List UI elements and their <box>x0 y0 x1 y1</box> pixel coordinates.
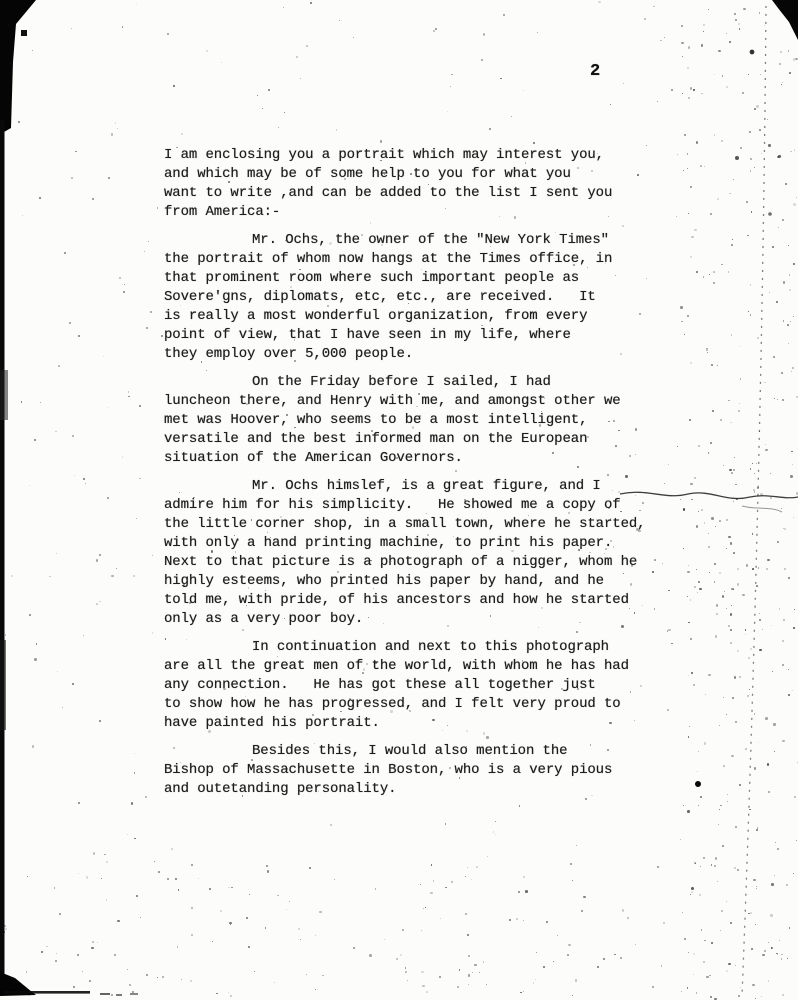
paragraph: Besides this, I would also mention the B… <box>164 742 676 799</box>
ink-blob <box>768 212 772 216</box>
paragraph: Mr. Ochs, the owner of the "New York Tim… <box>164 231 676 364</box>
letter-line: are all the great men of the world, with… <box>164 657 676 676</box>
ink-blob <box>750 50 755 55</box>
letter-line: Mr. Ochs himslef, is a great figure, and… <box>164 477 676 496</box>
letter-line: is really a most wonderful organization,… <box>164 307 676 326</box>
page-number: 2 <box>590 62 601 81</box>
letter-line: admire him for his simplicity. He showed… <box>164 496 676 515</box>
left-edge-scan-band <box>0 120 5 980</box>
vertical-crease-line <box>742 6 766 996</box>
left-edge-scan-band-blotch <box>0 370 8 420</box>
letter-line: Besides this, I would also mention the <box>164 742 676 761</box>
horizontal-crease-branch <box>742 506 782 512</box>
letter-line: Mr. Ochs, the owner of the "New York Tim… <box>164 231 676 250</box>
letter-line: have painted his portrait. <box>164 714 676 733</box>
ink-dot <box>695 781 701 787</box>
letter-line: that prominent room where such important… <box>164 269 676 288</box>
letter-line: Sovere'gns, diplomats, etc, etc., are re… <box>164 288 676 307</box>
letter-line: In continuation and next to this photogr… <box>164 638 676 657</box>
letter-line: and which may be of some help to you for… <box>164 165 676 184</box>
top-left-corner-mark <box>0 0 36 132</box>
letter-page: 2 I am enclosing you a portrait which ma… <box>0 0 798 1000</box>
left-edge-scan-band-blotch <box>0 640 6 730</box>
letter-line: Next to that picture is a photograph of … <box>164 553 676 572</box>
top-right-corner-mark <box>772 0 798 40</box>
paragraph: Mr. Ochs himslef, is a great figure, and… <box>164 477 676 629</box>
letter-body: I am enclosing you a portrait which may … <box>164 146 676 808</box>
letter-line: they employ over 5,000 people. <box>164 345 676 364</box>
bottom-left-scan-line <box>4 991 90 994</box>
ink-square-mark <box>21 30 27 36</box>
paragraph: I am enclosing you a portrait which may … <box>164 146 676 222</box>
letter-line: only as a very poor boy. <box>164 610 676 629</box>
letter-line: Bishop of Massachusette in Boston, who i… <box>164 761 676 780</box>
letter-line: told me, with pride, of his ancestors an… <box>164 591 676 610</box>
letter-line: any connection. He has got these all tog… <box>164 676 676 695</box>
letter-line: situation of the American Governors. <box>164 449 676 468</box>
letter-line: the little corner shop, in a small town,… <box>164 515 676 534</box>
letter-line: want to write ,and can be added to the l… <box>164 184 676 203</box>
letter-line: highly esteems, who printed his paper by… <box>164 572 676 591</box>
bottom-left-scan-mark <box>0 972 36 996</box>
paragraph: In continuation and next to this photogr… <box>164 638 676 733</box>
paragraph: On the Friday before I sailed, I had lun… <box>164 373 676 468</box>
letter-line: luncheon there, and Henry with me, and a… <box>164 392 676 411</box>
letter-line: and outetanding personality. <box>164 780 676 799</box>
letter-line: from America:- <box>164 203 676 222</box>
bottom-left-dash <box>116 994 122 996</box>
letter-line: the portrait of whom now hangs at the Ti… <box>164 250 676 269</box>
letter-line: On the Friday before I sailed, I had <box>164 373 676 392</box>
letter-line: versatile and the best informed man on t… <box>164 430 676 449</box>
letter-line: met was Hoover, who seems to be a most i… <box>164 411 676 430</box>
letter-line: point of view, that I have seen in my li… <box>164 326 676 345</box>
letter-line: with only a hand printing machine, to pr… <box>164 534 676 553</box>
letter-line: to show how he has progressed, and I fel… <box>164 695 676 714</box>
letter-line: I am enclosing you a portrait which may … <box>164 146 676 165</box>
bottom-left-dash <box>100 993 110 995</box>
bottom-left-dash <box>130 993 138 995</box>
ink-blob <box>735 156 739 160</box>
